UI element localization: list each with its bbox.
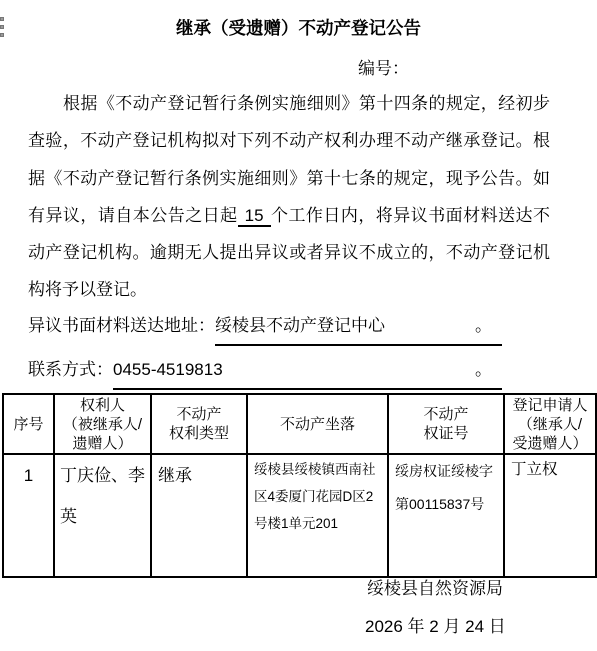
- table-header-row: 序号 权利人 （被继承人/ 遗赠人） 不动产 权利类型 不动产坐落 不动产 权证…: [3, 394, 596, 454]
- header-location: 不动产坐落: [247, 394, 388, 454]
- contact-line: 联系方式： 0455-4519813 。: [28, 351, 502, 390]
- header-applicant: 登记申请人 （继承人/ 受遗赠人）: [504, 394, 596, 454]
- signature-org: 绥棱县自然资源局: [367, 577, 503, 601]
- cell-location: 绥棱县绥棱镇西南社区4委厦门花园D区2号楼1单元201: [247, 454, 388, 577]
- address-period: 。: [475, 307, 492, 344]
- table-row: 1 丁庆俭、李英 继承 绥棱县绥棱镇西南社区4委厦门花园D区2号楼1单元201 …: [3, 454, 596, 577]
- cell-certificate-no: 绥房权证绥棱字第00115837号: [388, 454, 504, 577]
- contact-value: 0455-4519813: [113, 351, 223, 388]
- days-blank: 15: [238, 206, 271, 227]
- cell-applicant: 丁立权: [504, 454, 596, 577]
- header-certificate-no: 不动产 权证号: [388, 394, 504, 454]
- signature-date: 2026 年 2 月 24 日: [365, 615, 506, 639]
- contact-period: 。: [475, 351, 492, 388]
- doc-number-label: 编号：: [358, 57, 409, 81]
- document-page: { "doc": { "title": "继承（受遗赠）不动产登记公告", "n…: [0, 0, 597, 651]
- contact-label: 联系方式：: [28, 351, 113, 388]
- header-right-type: 不动产 权利类型: [151, 394, 247, 454]
- contact-blank: 0455-4519813 。: [113, 351, 502, 390]
- cell-rights-holder: 丁庆俭、李英: [54, 454, 151, 577]
- page-title: 继承（受遗赠）不动产登记公告: [0, 15, 597, 41]
- address-line: 异议书面材料送达地址： 绥棱县不动产登记中心 。: [28, 307, 502, 346]
- registration-table: 序号 权利人 （被继承人/ 遗赠人） 不动产 权利类型 不动产坐落 不动产 权证…: [2, 393, 597, 578]
- address-value: 绥棱县不动产登记中心: [215, 307, 385, 344]
- address-label: 异议书面材料送达地址：: [28, 307, 215, 344]
- cell-right-type: 继承: [151, 454, 247, 577]
- cell-serial: 1: [3, 454, 54, 577]
- header-rights-holder: 权利人 （被继承人/ 遗赠人）: [54, 394, 151, 454]
- notice-paragraph: 根据《不动产登记暂行条例实施细则》第十四条的规定，经初步查验，不动产登记机构拟对…: [28, 85, 550, 309]
- address-blank: 绥棱县不动产登记中心 。: [215, 307, 502, 346]
- header-serial: 序号: [3, 394, 54, 454]
